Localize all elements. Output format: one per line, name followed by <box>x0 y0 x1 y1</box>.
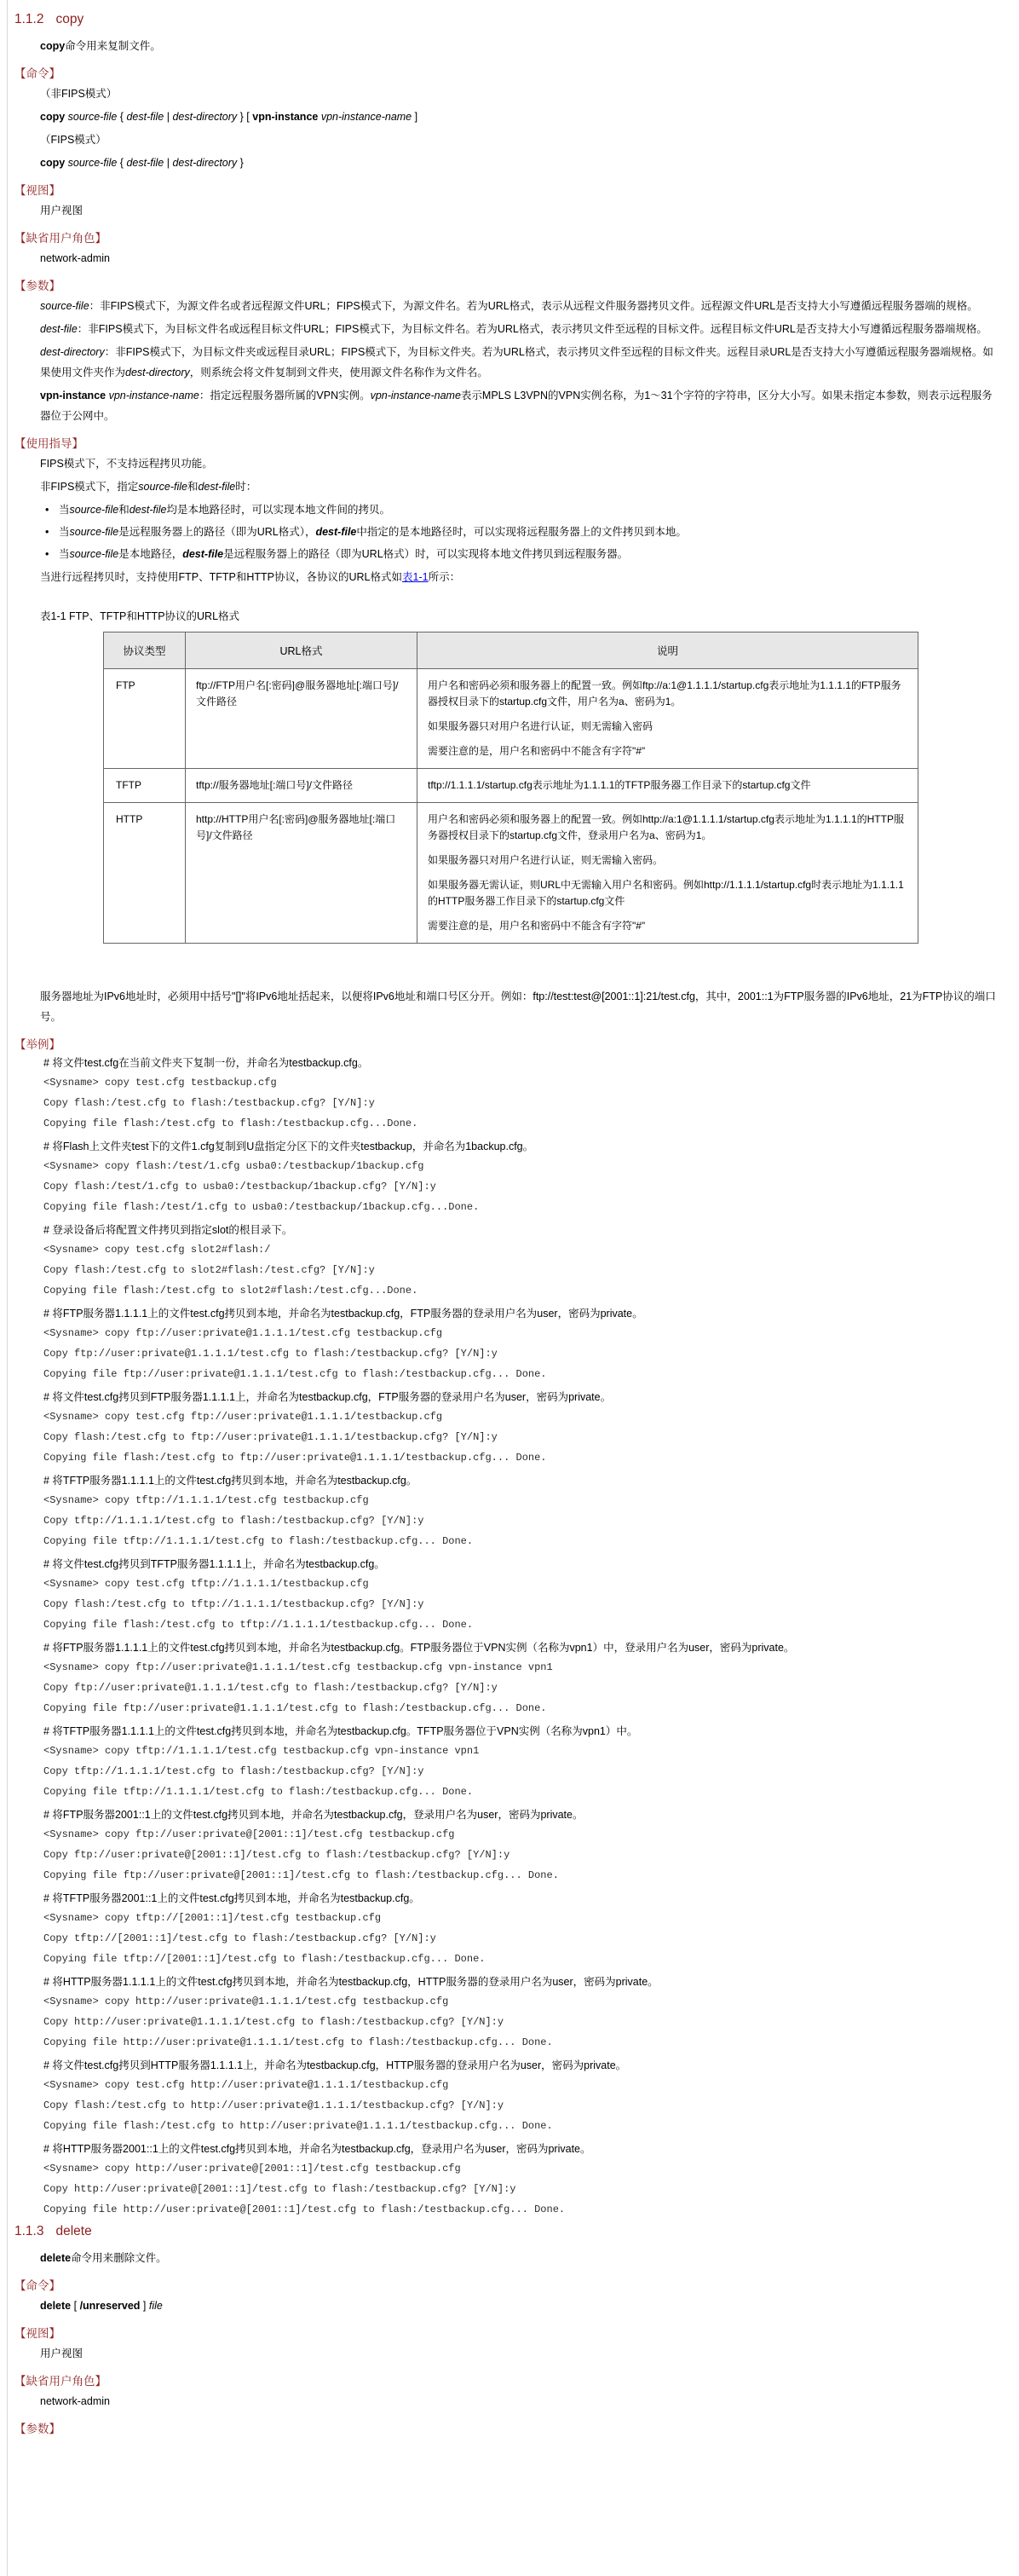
paragraph: （非FIPS模式） <box>40 84 1003 104</box>
field-label: 【视图】 <box>14 2324 1019 2341</box>
code-line: Copying file ftp://user:private@[2001::1… <box>43 1869 1019 1881</box>
section-title: copy <box>55 12 83 26</box>
code-line: <Sysname> copy ftp://user:private@1.1.1.… <box>43 1327 1019 1339</box>
description-paragraph: 用户名和密码必须和服务器上的配置一致。例如http://a:1@1.1.1.1/… <box>428 811 907 844</box>
code-line: Copying file flash:/test.cfg to http://u… <box>43 2120 1019 2132</box>
example-comment: # 将HTTP服务器1.1.1.1上的文件test.cfg拷贝到本地，并命名为t… <box>43 1973 1006 1990</box>
field-label: 【参数】 <box>14 276 1019 293</box>
code-line: Copying file flash:/test.cfg to flash:/t… <box>43 1118 1019 1129</box>
field-label: 【命令】 <box>14 64 1019 81</box>
text-run: 当 <box>59 504 70 516</box>
code-line: <Sysname> copy tftp://[2001::1]/test.cfg… <box>43 1912 1019 1924</box>
text-run: } <box>237 157 244 169</box>
column-header: 说明 <box>417 632 918 669</box>
example-comment: # 将TFTP服务器1.1.1.1上的文件test.cfg拷贝到本地，并命名为t… <box>43 1723 1006 1740</box>
example-comment: # 将文件test.cfg拷贝到FTP服务器1.1.1.1上，并命名为testb… <box>43 1389 1006 1406</box>
bullet-item: 当source-file和dest-file均是本地路径时，可以实现本地文件间的… <box>43 500 998 520</box>
example-comment: # 将文件test.cfg拷贝到TFTP服务器1.1.1.1上，并命名为test… <box>43 1556 1006 1573</box>
bullet-item: 当source-file是本地路径，dest-file是远程服务器上的路径（即为… <box>43 544 998 564</box>
text-run: dest-file <box>126 111 164 123</box>
code-line: <Sysname> copy test.cfg tftp://1.1.1.1/t… <box>43 1578 1019 1590</box>
text-run: dest-file <box>182 548 223 560</box>
code-line: Copying file flash:/test.cfg to ftp://us… <box>43 1452 1019 1464</box>
paragraph: delete [ /unreserved ] file <box>40 2296 1003 2316</box>
field-label: 【命令】 <box>14 2276 1019 2293</box>
text-run: 用户视图 <box>40 2348 83 2359</box>
column-header: 协议类型 <box>104 632 186 669</box>
code-line: Copy flash:/test.cfg to http://user:priv… <box>43 2099 1019 2111</box>
description-cell: tftp://1.1.1.1/startup.cfg表示地址为1.1.1.1的T… <box>417 769 918 803</box>
code-line: Copy flash:/test.cfg to slot2#flash:/tes… <box>43 1264 1019 1276</box>
text-run: delete <box>40 2252 71 2264</box>
code-line: Copy flash:/test/1.cfg to usba0:/testbac… <box>43 1181 1019 1193</box>
text-run: 是远程服务器上的路径（即为URL格式）， <box>118 526 315 538</box>
code-line: <Sysname> copy http://user:private@[2001… <box>43 2163 1019 2175</box>
code-line: Copy flash:/test.cfg to tftp://1.1.1.1/t… <box>43 1598 1019 1610</box>
table-caption: 表1-1 FTP、TFTP和HTTP协议的URL格式 <box>40 608 1019 623</box>
text-run: 所示： <box>429 571 461 583</box>
code-line: <Sysname> copy tftp://1.1.1.1/test.cfg t… <box>43 1494 1019 1506</box>
code-line: Copying file http://user:private@1.1.1.1… <box>43 2036 1019 2048</box>
code-line: Copying file ftp://user:private@1.1.1.1/… <box>43 1702 1019 1714</box>
code-line: Copying file tftp://1.1.1.1/test.cfg to … <box>43 1535 1019 1547</box>
example-comment: # 将Flash上文件夹test下的文件1.cfg复制到U盘指定分区下的文件夹t… <box>43 1138 1006 1155</box>
text-run: dest-file <box>315 526 356 538</box>
field-label: 【缺省用户角色】 <box>14 228 1019 245</box>
example-comment: # 登录设备后将配置文件拷贝到指定slot的根目录下。 <box>43 1222 1006 1239</box>
code-line: Copy flash:/test.cfg to flash:/testbacku… <box>43 1097 1019 1109</box>
code-line: Copy ftp://user:private@1.1.1.1/test.cfg… <box>43 1348 1019 1360</box>
example-comment: # 将HTTP服务器2001::1上的文件test.cfg拷贝到本地，并命名为t… <box>43 2140 1006 2157</box>
text-run: ：指定远程服务器所属的VPN实例。 <box>199 390 371 401</box>
text-run: 是远程服务器上的路径（即为URL格式）时，可以实现将本地文件拷贝到远程服务器。 <box>223 548 628 560</box>
code-line: <Sysname> copy ftp://user:private@1.1.1.… <box>43 1661 1019 1673</box>
text-run: network-admin <box>40 2395 110 2407</box>
section-heading: 1.1.3delete <box>14 2224 1019 2239</box>
code-line: Copy http://user:private@1.1.1.1/test.cf… <box>43 2016 1019 2028</box>
section-heading: 1.1.2copy <box>14 12 1019 27</box>
code-line: Copy ftp://user:private@[2001::1]/test.c… <box>43 1849 1019 1861</box>
section-title: delete <box>55 2224 91 2238</box>
text-run: 和 <box>187 481 199 493</box>
paragraph: vpn-instance vpn-instance-name：指定远程服务器所属… <box>40 385 1003 426</box>
description-cell: 用户名和密码必须和服务器上的配置一致。例如http://a:1@1.1.1.1/… <box>417 803 918 944</box>
code-line: Copy tftp://1.1.1.1/test.cfg to flash:/t… <box>43 1515 1019 1527</box>
text-run: dest-file <box>40 323 78 335</box>
code-line: <Sysname> copy ftp://user:private@[2001:… <box>43 1828 1019 1840</box>
text-run: 服务器地址为IPv6地址时，必须用中括号"[]"将IPv6地址括起来，以便将IP… <box>40 991 996 1023</box>
text-run: | <box>164 157 172 169</box>
text-run: dest-file <box>126 157 164 169</box>
text-run: source-file <box>68 111 118 123</box>
example-comment: # 将FTP服务器2001::1上的文件test.cfg拷贝到本地，并命名为te… <box>43 1806 1006 1823</box>
text-run: source-file <box>138 481 187 493</box>
code-line: <Sysname> copy test.cfg slot2#flash:/ <box>43 1244 1019 1256</box>
paragraph: network-admin <box>40 248 1003 269</box>
text-run: 均是本地路径时，可以实现本地文件间的拷贝。 <box>166 504 390 516</box>
text-run: source-file <box>70 504 119 516</box>
description-paragraph: 需要注意的是，用户名和密码中不能含有字符"#" <box>428 918 907 934</box>
text-run: { <box>117 111 126 123</box>
text-run: source-file <box>70 548 119 560</box>
text-run: vpn-instance <box>252 111 321 123</box>
text-run: dest-file <box>130 504 167 516</box>
field-label: 【举例】 <box>14 1035 1019 1052</box>
description-paragraph: 如果服务器只对用户名进行认证，则无需输入密码 <box>428 719 907 735</box>
description-paragraph: 如果服务器无需认证，则URL中无需输入用户名和密码。例如http://1.1.1… <box>428 877 907 910</box>
code-line: Copy tftp://[2001::1]/test.cfg to flash:… <box>43 1932 1019 1944</box>
code-line: Copying file ftp://user:private@1.1.1.1/… <box>43 1368 1019 1380</box>
paragraph: copy source-file { dest-file | dest-dire… <box>40 107 1003 127</box>
text-run: （非FIPS模式） <box>40 88 117 100</box>
url-format-cell: tftp://服务器地址[:端口号]/文件路径 <box>186 769 417 803</box>
text-run: /unreserved <box>80 2300 141 2312</box>
code-line: <Sysname> copy test.cfg http://user:priv… <box>43 2079 1019 2091</box>
paragraph: dest-file：非FIPS模式下，为目标文件名或远程目标文件URL；FIPS… <box>40 319 1003 339</box>
text-run: 当 <box>59 548 70 560</box>
paragraph: FIPS模式下，不支持远程拷贝功能。 <box>40 453 1003 474</box>
field-label: 【使用指导】 <box>14 434 1019 451</box>
text-run: | <box>164 111 172 123</box>
protocol-cell: FTP <box>104 669 186 769</box>
text-run: delete <box>40 2300 71 2312</box>
text-run: 时： <box>235 481 256 493</box>
text-run: ] <box>412 111 417 123</box>
text-run: （FIPS模式） <box>40 134 107 146</box>
text-run: source-file <box>40 300 89 312</box>
text-run: ] <box>140 2300 148 2312</box>
text-run: 命令用来删除文件。 <box>71 2252 167 2264</box>
document-page: 1.1.2copycopy命令用来复制文件。【命令】（非FIPS模式）copy … <box>7 0 1019 2576</box>
text-run: ：非FIPS模式下，为目标文件名或远程目标文件URL；FIPS模式下，为目标文件… <box>78 323 987 335</box>
text-run: 非FIPS模式下，指定 <box>40 481 138 493</box>
table-row: FTPftp://FTP用户名[:密码]@服务器地址[:端口号]/文件路径用户名… <box>104 669 918 769</box>
code-line: Copy tftp://1.1.1.1/test.cfg to flash:/t… <box>43 1765 1019 1777</box>
code-line: <Sysname> copy flash:/test/1.cfg usba0:/… <box>43 1160 1019 1172</box>
example-comment: # 将FTP服务器1.1.1.1上的文件test.cfg拷贝到本地，并命名为te… <box>43 1639 1006 1656</box>
code-line: <Sysname> copy tftp://1.1.1.1/test.cfg t… <box>43 1745 1019 1757</box>
example-comment: # 将TFTP服务器2001::1上的文件test.cfg拷贝到本地，并命名为t… <box>43 1890 1006 1907</box>
table-row: TFTPtftp://服务器地址[:端口号]/文件路径tftp://1.1.1.… <box>104 769 918 803</box>
text-run: dest-directory <box>40 346 105 358</box>
table-header-row: 协议类型URL格式说明 <box>104 632 918 669</box>
description-paragraph: 需要注意的是，用户名和密码中不能含有字符"#" <box>428 743 907 760</box>
text-run: dest-directory <box>125 367 190 378</box>
paragraph: 服务器地址为IPv6地址时，必须用中括号"[]"将IPv6地址括起来，以便将IP… <box>40 986 1003 1027</box>
bullet-item: 当source-file是远程服务器上的路径（即为URL格式），dest-fil… <box>43 522 998 542</box>
code-line: Copying file flash:/test/1.cfg to usba0:… <box>43 1201 1019 1213</box>
code-line: <Sysname> copy test.cfg testbackup.cfg <box>43 1077 1019 1089</box>
paragraph: network-admin <box>40 2391 1003 2411</box>
field-label: 【缺省用户角色】 <box>14 2371 1019 2388</box>
description-cell: 用户名和密码必须和服务器上的配置一致。例如ftp://a:1@1.1.1.1/s… <box>417 669 918 769</box>
paragraph: 用户视图 <box>40 200 1003 221</box>
description-paragraph: 如果服务器只对用户名进行认证，则无需输入密码。 <box>428 852 907 869</box>
code-line: <Sysname> copy http://user:private@1.1.1… <box>43 1996 1019 2007</box>
example-comment: # 将TFTP服务器1.1.1.1上的文件test.cfg拷贝到本地，并命名为t… <box>43 1472 1006 1489</box>
table-1-1-link[interactable]: 表1-1 <box>402 571 429 583</box>
text-run: file <box>149 2300 163 2312</box>
text-run: 是本地路径， <box>118 548 182 560</box>
section-number: 1.1.2 <box>14 12 43 26</box>
text-run: 当进行远程拷贝时，支持使用FTP、TFTP和HTTP协议，各协议的URL格式如 <box>40 571 402 583</box>
text-run: dest-directory <box>172 157 237 169</box>
text-run: 当 <box>59 526 70 538</box>
text-run: vpn-instance-name <box>371 390 461 401</box>
description-paragraph: tftp://1.1.1.1/startup.cfg表示地址为1.1.1.1的T… <box>428 777 907 794</box>
text-run: ，则系统会将文件复制到文件夹，使用源文件名称作为文件名。 <box>190 367 488 378</box>
text-run: vpn-instance-name <box>109 390 199 401</box>
url-format-cell: ftp://FTP用户名[:密码]@服务器地址[:端口号]/文件路径 <box>186 669 417 769</box>
text-run: } [ <box>237 111 252 123</box>
field-label: 【参数】 <box>14 2419 1019 2436</box>
paragraph: delete命令用来删除文件。 <box>40 2248 1003 2268</box>
example-comment: # 将FTP服务器1.1.1.1上的文件test.cfg拷贝到本地，并命名为te… <box>43 1305 1006 1322</box>
text-run: [ <box>71 2300 79 2312</box>
code-line: <Sysname> copy test.cfg ftp://user:priva… <box>43 1411 1019 1423</box>
text-run: copy <box>40 111 68 123</box>
protocol-cell: HTTP <box>104 803 186 944</box>
document-content: 1.1.2copycopy命令用来复制文件。【命令】（非FIPS模式）copy … <box>8 12 1019 2436</box>
table-row: HTTPhttp://HTTP用户名[:密码]@服务器地址[:端口号]/文件路径… <box>104 803 918 944</box>
text-run: 用户视图 <box>40 205 83 217</box>
section-number: 1.1.3 <box>14 2224 43 2238</box>
column-header: URL格式 <box>186 632 417 669</box>
paragraph: source-file：非FIPS模式下，为源文件名或者远程源文件URL；FIP… <box>40 296 1003 316</box>
text-run: copy <box>40 40 65 52</box>
code-line: Copy ftp://user:private@1.1.1.1/test.cfg… <box>43 1682 1019 1694</box>
code-line: Copying file tftp://1.1.1.1/test.cfg to … <box>43 1786 1019 1798</box>
text-run: 中指定的是本地路径时，可以实现将远程服务器上的文件拷贝到本地。 <box>356 526 687 538</box>
code-line: Copy flash:/test.cfg to ftp://user:priva… <box>43 1431 1019 1443</box>
description-paragraph: 用户名和密码必须和服务器上的配置一致。例如ftp://a:1@1.1.1.1/s… <box>428 678 907 710</box>
text-run: FIPS模式下，不支持远程拷贝功能。 <box>40 458 213 470</box>
paragraph: copy source-file { dest-file | dest-dire… <box>40 153 1003 173</box>
text-run: 命令用来复制文件。 <box>65 40 161 52</box>
field-label: 【视图】 <box>14 181 1019 198</box>
text-run: network-admin <box>40 252 110 264</box>
text-run: dest-file <box>198 481 235 493</box>
paragraph: 非FIPS模式下，指定source-file和dest-file时： <box>40 477 1003 497</box>
example-comment: # 将文件test.cfg在当前文件夹下复制一份，并命名为testbackup.… <box>43 1054 1006 1071</box>
text-run: ：非FIPS模式下，为源文件名或者远程源文件URL；FIPS模式下，为源文件名。… <box>89 300 978 312</box>
protocol-cell: TFTP <box>104 769 186 803</box>
text-run: 和 <box>118 504 130 516</box>
text-run: source-file <box>68 157 118 169</box>
paragraph: （FIPS模式） <box>40 130 1003 150</box>
code-line: Copy http://user:private@[2001::1]/test.… <box>43 2183 1019 2195</box>
text-run: vpn-instance-name <box>321 111 412 123</box>
paragraph: 用户视图 <box>40 2343 1003 2364</box>
text-run: vpn-instance <box>40 390 109 401</box>
code-line: Copying file tftp://[2001::1]/test.cfg t… <box>43 1953 1019 1965</box>
example-comment: # 将文件test.cfg拷贝到HTTP服务器1.1.1.1上，并命名为test… <box>43 2057 1006 2074</box>
url-format-table: 协议类型URL格式说明FTPftp://FTP用户名[:密码]@服务器地址[:端… <box>103 632 918 944</box>
code-line: Copying file http://user:private@[2001::… <box>43 2203 1019 2215</box>
text-run: source-file <box>70 526 119 538</box>
text-run: dest-directory <box>172 111 237 123</box>
text-run: { <box>117 157 126 169</box>
code-line: Copying file flash:/test.cfg to slot2#fl… <box>43 1285 1019 1297</box>
text-run: copy <box>40 157 68 169</box>
paragraph: 当进行远程拷贝时，支持使用FTP、TFTP和HTTP协议，各协议的URL格式如表… <box>40 567 1003 587</box>
code-line: Copying file flash:/test.cfg to tftp://1… <box>43 1619 1019 1631</box>
url-format-cell: http://HTTP用户名[:密码]@服务器地址[:端口号]/文件路径 <box>186 803 417 944</box>
paragraph: dest-directory：非FIPS模式下，为目标文件夹或远程目录URL；F… <box>40 342 1003 383</box>
paragraph: copy命令用来复制文件。 <box>40 36 1003 56</box>
